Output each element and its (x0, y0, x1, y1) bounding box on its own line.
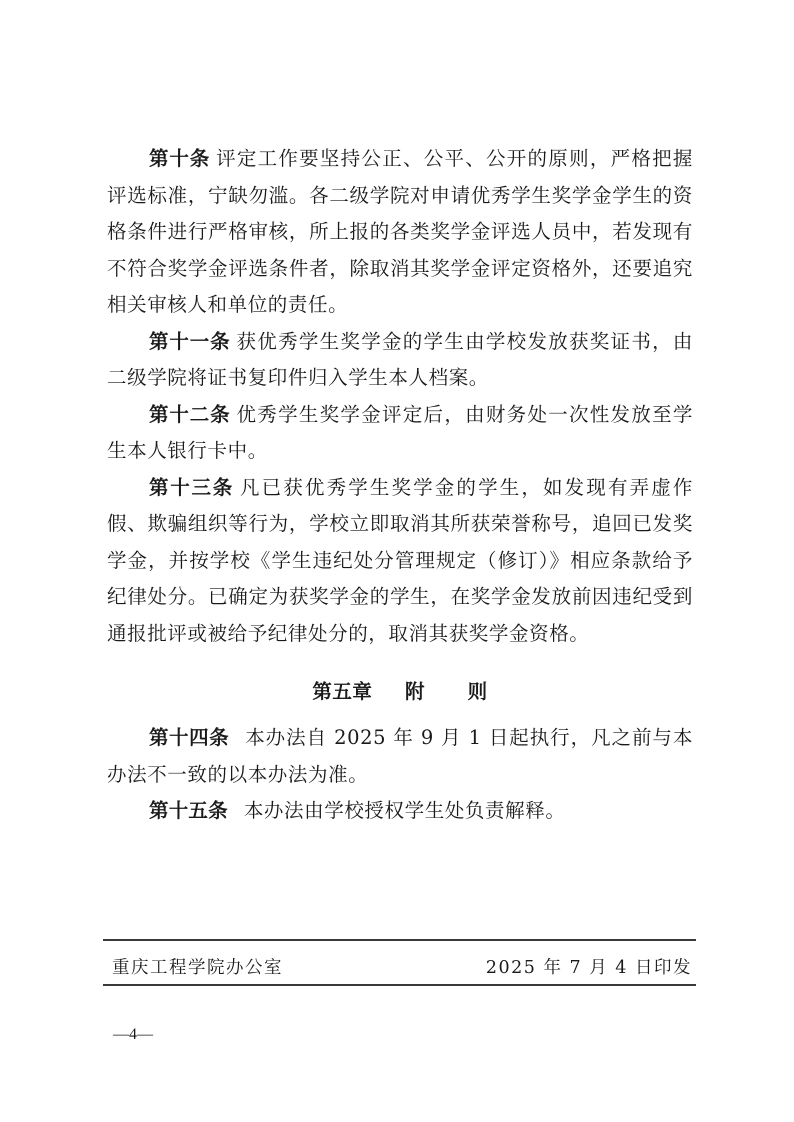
article-label: 第十条 (149, 147, 210, 170)
article-label: 第十三条 (149, 476, 234, 499)
article-label: 第十二条 (149, 403, 231, 426)
article-label: 第十四条 (149, 726, 229, 749)
chapter-number: 第五章 (312, 680, 372, 703)
footer-row: 重庆工程学院办公室 2025 年 7 月 4 日印发 (112, 954, 692, 979)
document-page: 第十条评定工作要坚持公正、公平、公开的原则，严格把握评选标准，宁缺勿滥。各二级学… (0, 0, 794, 1122)
issuer: 重庆工程学院办公室 (112, 954, 283, 979)
chapter-heading: 第五章 附 则 (107, 676, 693, 704)
chapter-title-part1: 附 (405, 680, 425, 703)
article-15: 第十五条本办法由学校授权学生处负责解释。 (107, 793, 693, 830)
article-10: 第十条评定工作要坚持公正、公平、公开的原则，严格把握评选标准，宁缺勿滥。各二级学… (107, 141, 693, 324)
article-block-chapter-4: 第十条评定工作要坚持公正、公平、公开的原则，严格把握评选标准，宁缺勿滥。各二级学… (107, 141, 693, 652)
issue-date: 2025 年 7 月 4 日印发 (486, 954, 692, 979)
article-text: 凡已获优秀学生奖学金的学生，如发现有弄虚作假、欺骗组织等行为，学校立即取消其所获… (107, 476, 693, 645)
article-11: 第十一条获优秀学生奖学金的学生由学校发放获奖证书，由二级学院将证书复印件归入学生… (107, 324, 693, 397)
article-13: 第十三条凡已获优秀学生奖学金的学生，如发现有弄虚作假、欺骗组织等行为，学校立即取… (107, 470, 693, 653)
footer-top-rule (103, 939, 696, 941)
article-block-chapter-5: 第十四条本办法自 2025 年 9 月 1 日起执行，凡之前与本办法不一致的以本… (107, 720, 693, 830)
chapter-title-part2: 则 (468, 680, 488, 703)
article-14: 第十四条本办法自 2025 年 9 月 1 日起执行，凡之前与本办法不一致的以本… (107, 720, 693, 793)
footer-bottom-rule (103, 984, 696, 986)
article-text: 本办法由学校授权学生处负责解释。 (244, 799, 566, 822)
article-label: 第十五条 (149, 799, 228, 822)
article-label: 第十一条 (149, 330, 231, 353)
article-12: 第十二条优秀学生奖学金评定后，由财务处一次性发放至学生本人银行卡中。 (107, 397, 693, 470)
page-number: —4— (113, 1026, 153, 1044)
article-text: 评定工作要坚持公正、公平、公开的原则，严格把握评选标准，宁缺勿滥。各二级学院对申… (107, 147, 693, 316)
